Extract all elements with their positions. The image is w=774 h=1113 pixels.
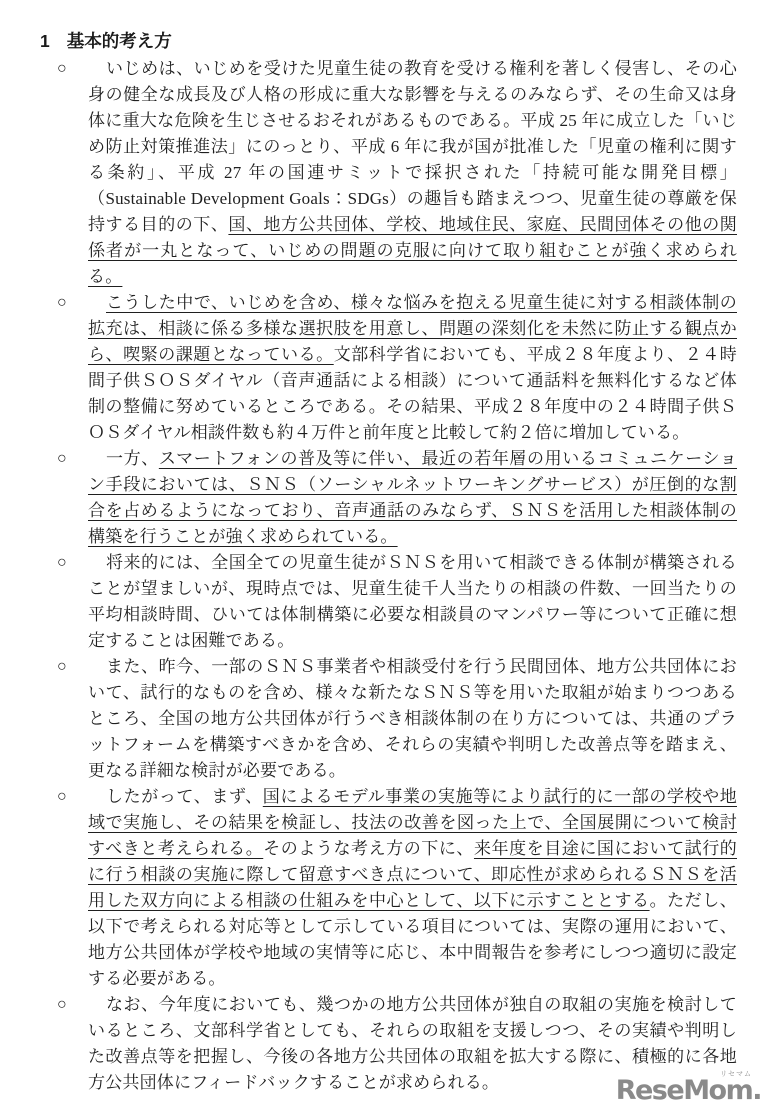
bullet-marker: ○: [57, 992, 67, 1018]
bullet-marker: ○: [57, 784, 67, 810]
bullet-marker: ○: [57, 654, 67, 680]
section-title-text: 基本的考え方: [67, 31, 172, 51]
bullet-paragraph: ○将来的には、全国全ての児童生徒がＳＮＳを用いて相談できる体制が構築されることが…: [40, 550, 737, 654]
bullet-paragraph: ○また、昨今、一部のＳＮＳ事業者や相談受付を行う民間団体、地方公共団体において、…: [40, 654, 737, 784]
bullet-marker: ○: [57, 550, 67, 576]
page-title: 1基本的考え方: [40, 28, 737, 54]
body-text: したがって、まず、: [106, 787, 263, 806]
body-text: そのような考え方の下に、: [263, 839, 474, 858]
logo-wordmark: ReseMom.: [616, 1075, 761, 1106]
bullet-paragraph: ○こうした中で、いじめを含め、様々な悩みを抱える児童生徒に対する相談体制の拡充は…: [40, 290, 737, 446]
logo-ruby-text: リセマム: [720, 1071, 752, 1078]
body-text: いじめは、いじめを受けた児童生徒の教育を受ける権利を著しく侵害し、その心身の健全…: [88, 59, 737, 234]
section-number: 1: [40, 31, 50, 51]
bullet-paragraph: ○いじめは、いじめを受けた児童生徒の教育を受ける権利を著しく侵害し、その心身の健…: [40, 56, 737, 290]
bullet-paragraph: ○したがって、まず、国によるモデル事業の実施等により試行的に一部の学校や地域で実…: [40, 784, 737, 992]
bullet-marker: ○: [57, 56, 67, 82]
bullet-paragraph: ○一方、スマートフォンの普及等に伴い、最近の若年層の用いるコミュニケーション手段…: [40, 446, 737, 550]
body-text: 将来的には、全国全ての児童生徒がＳＮＳを用いて相談できる体制が構築されることが望…: [88, 553, 737, 650]
body-text: また、昨今、一部のＳＮＳ事業者や相談受付を行う民間団体、地方公共団体において、試…: [88, 657, 737, 780]
resemom-logo: リセマム ReseMom.: [616, 1077, 761, 1104]
document-page: 1基本的考え方 ○いじめは、いじめを受けた児童生徒の教育を受ける権利を著しく侵害…: [0, 0, 774, 1113]
paragraph-list: ○いじめは、いじめを受けた児童生徒の教育を受ける権利を著しく侵害し、その心身の健…: [40, 56, 737, 1096]
underlined-body-text: スマートフォンの普及等に伴い、最近の若年層の用いるコミュニケーション手段において…: [88, 449, 737, 546]
bullet-marker: ○: [57, 446, 67, 472]
body-text: 一方、: [106, 449, 159, 468]
bullet-marker: ○: [57, 290, 67, 316]
